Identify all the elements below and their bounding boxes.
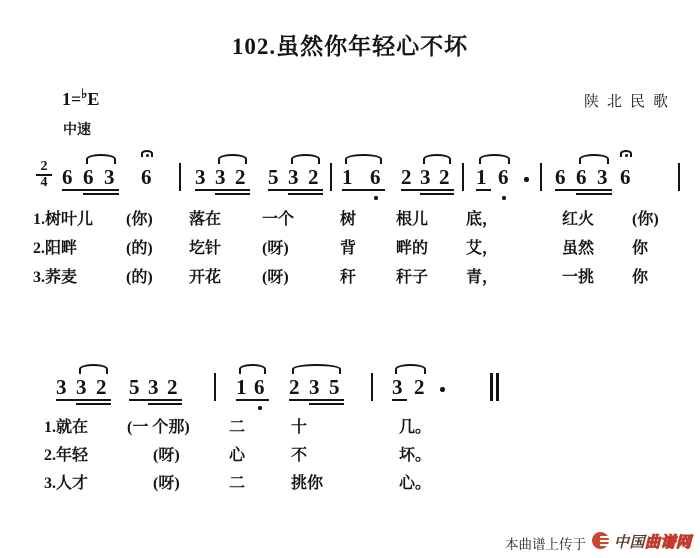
lyric-cell: (呀) (153, 470, 180, 493)
note: 3 (309, 376, 327, 398)
source-credit: 陕北民歌 (584, 90, 676, 111)
beam-underline (129, 399, 182, 401)
lyric-cell: 二 (229, 470, 245, 493)
site-name-suffix: 曲谱网 (645, 535, 692, 551)
note: 6 (370, 166, 388, 188)
beam-underline-2 (420, 193, 454, 195)
beam-underline (476, 189, 491, 191)
note: 2 (235, 166, 253, 188)
lyric-cell: (的) (126, 235, 153, 258)
lyric-cell: 不 (291, 442, 307, 465)
lyric-cell: 底， (466, 206, 498, 229)
barline (214, 373, 216, 401)
barline (540, 163, 542, 191)
notation-system-1: 24663633253216232166636 (0, 166, 700, 210)
slur-arc (395, 364, 426, 374)
lyric-cell: 落在 (189, 206, 221, 229)
lyric-cell: 坏。 (399, 442, 431, 465)
lyric-cell: 青， (466, 264, 498, 287)
slur-arc (291, 154, 320, 164)
fermata-icon (620, 150, 633, 162)
note: 5 (329, 376, 347, 398)
beam-underline-2 (309, 403, 344, 405)
lyric-cell: (呀) (262, 235, 289, 258)
low-octave-dot (502, 196, 506, 200)
beam-underline-2 (83, 193, 119, 195)
lyric-cell: 一挑 (562, 264, 594, 287)
note: 1 (236, 376, 254, 398)
lyric-cell: 你 (632, 264, 648, 287)
time-denominator: 4 (36, 177, 52, 189)
note: 3 (76, 376, 94, 398)
lyric-cell: 圪针 (189, 235, 221, 258)
lyric-cell: (的) (126, 264, 153, 287)
lyric-cell: (你) (126, 206, 153, 229)
slur-arc (579, 154, 609, 164)
beam-underline (401, 189, 454, 191)
beam-underline (555, 189, 612, 191)
augmentation-dot (440, 387, 445, 392)
beam-underline (392, 399, 407, 401)
footer: 本曲谱上传于 中国曲谱网 (0, 531, 700, 553)
time-signature: 24 (36, 161, 52, 189)
lyric-cell: 背 (340, 235, 356, 258)
lyric-cell: 虽然 (562, 235, 594, 258)
barline (462, 163, 464, 191)
note: 1 (342, 166, 360, 188)
low-octave-dot (258, 406, 262, 410)
zhongguo-qupu-logo-icon (592, 532, 609, 549)
barline (330, 163, 332, 191)
time-numerator: 2 (36, 161, 52, 173)
tempo-marking: 中速 (63, 119, 91, 139)
note: 2 (96, 376, 114, 398)
barline (179, 163, 181, 191)
lyric-cell: 秆子 (396, 264, 428, 287)
slur-arc (345, 154, 382, 164)
barline (371, 373, 373, 401)
lyric-cell: 开花 (189, 264, 221, 287)
lyric-cell: 3.人才 (44, 470, 88, 493)
lyric-cell: 2.年轻 (44, 442, 88, 465)
note: 6 (576, 166, 594, 188)
lyric-cell: (呀) (262, 264, 289, 287)
augmentation-dot (524, 177, 529, 182)
note: 3 (195, 166, 213, 188)
site-name: 中国曲谱网 (614, 531, 692, 552)
lyric-cell: 秆 (340, 264, 356, 287)
lyric-cell: 畔的 (396, 235, 428, 258)
note: 5 (268, 166, 286, 188)
lyric-cell: 1.树叶儿 (33, 206, 93, 229)
uploaded-by-text: 本曲谱上传于 (505, 533, 586, 553)
note: 3 (104, 166, 122, 188)
note: 6 (83, 166, 101, 188)
beam-underline (342, 189, 385, 191)
fermata-dot (146, 154, 149, 157)
note: 3 (148, 376, 166, 398)
slur-arc (292, 364, 341, 374)
note: 6 (555, 166, 573, 188)
beam-underline-2 (576, 193, 612, 195)
slur-arc (86, 154, 116, 164)
lyric-cell: 艾， (466, 235, 498, 258)
slur-arc (218, 154, 247, 164)
low-octave-dot (374, 196, 378, 200)
lyric-cell: (一 个那) (127, 414, 190, 437)
notation-system-2: 3325321623532 (0, 376, 700, 420)
beam-underline (56, 399, 111, 401)
slur-arc (79, 364, 108, 374)
note: 3 (392, 376, 410, 398)
note: 3 (597, 166, 615, 188)
lyric-cell: 二 (229, 414, 245, 437)
lyric-cell: (呀) (153, 442, 180, 465)
end-barline-thick (496, 373, 499, 401)
note: 1 (476, 166, 494, 188)
lyric-cell: 树 (340, 206, 356, 229)
slur-arc (239, 364, 266, 374)
beam-underline (268, 189, 323, 191)
note: 2 (401, 166, 419, 188)
key-prefix: 1= (62, 89, 81, 109)
lyric-cell: 挑你 (291, 470, 323, 493)
lyric-cell: 红火 (562, 206, 594, 229)
note: 3 (288, 166, 306, 188)
site-name-prefix: 中国 (614, 535, 645, 551)
lyric-cell: 1.就在 (44, 414, 88, 437)
note: 6 (62, 166, 80, 188)
beam-underline (195, 189, 250, 191)
note: 2 (439, 166, 457, 188)
end-barline (490, 373, 500, 401)
note: 2 (167, 376, 185, 398)
note: 3 (56, 376, 74, 398)
note: 2 (414, 376, 432, 398)
beam-underline-2 (148, 403, 182, 405)
note: 3 (420, 166, 438, 188)
lyric-cell: 你 (632, 235, 648, 258)
fermata-dot (625, 154, 628, 157)
note: 2 (289, 376, 307, 398)
slur-arc (479, 154, 510, 164)
note: 2 (308, 166, 326, 188)
sheet-music-page: 102.虽然你年轻心不坏 1=♭E 陕北民歌 中速 24663633253216… (0, 0, 700, 558)
lyric-cell: 十 (291, 414, 307, 437)
lyric-cell: 几。 (399, 414, 431, 437)
lyric-cell: (你) (632, 206, 659, 229)
beam-underline (62, 189, 119, 191)
lyric-cell: 3.荞麦 (33, 264, 77, 287)
slur-arc (423, 154, 451, 164)
lyric-cell: 心。 (399, 470, 431, 493)
key-signature: 1=♭E (62, 86, 99, 110)
note: 3 (215, 166, 233, 188)
barline (678, 163, 680, 191)
note: 5 (129, 376, 147, 398)
note: 6 (620, 166, 638, 188)
beam-underline-2 (215, 193, 250, 195)
beam-underline-2 (288, 193, 323, 195)
lyric-cell: 一个 (262, 206, 294, 229)
lyric-cell: 根儿 (396, 206, 428, 229)
song-title: 102.虽然你年轻心不坏 (0, 28, 700, 61)
note: 6 (254, 376, 272, 398)
end-barline-thin (490, 373, 493, 401)
note: 6 (141, 166, 159, 188)
key-tonic: E (87, 89, 99, 109)
note: 6 (498, 166, 516, 188)
fermata-icon (141, 150, 154, 162)
beam-underline-2 (76, 403, 111, 405)
lyric-cell: 2.阳畔 (33, 235, 77, 258)
lyric-cell: 心 (229, 442, 245, 465)
beam-underline (236, 399, 269, 401)
beam-underline (289, 399, 344, 401)
